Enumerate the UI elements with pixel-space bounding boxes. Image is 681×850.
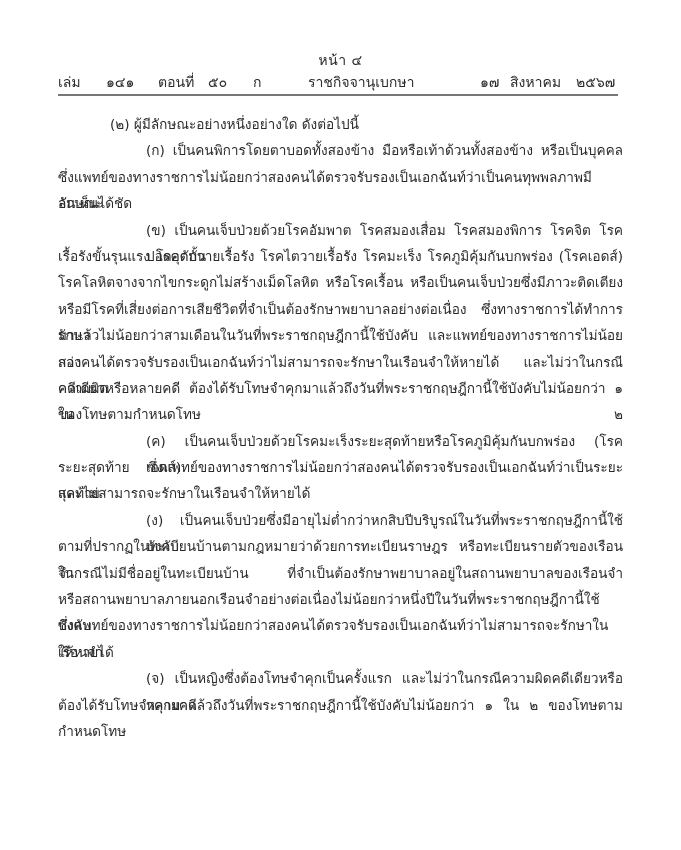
clause-d-line: ให้หายได้ — [58, 640, 623, 666]
clause-c-line: ระยะสุดท้าย ซึ่งแพทย์ของทางราชการไม่น้อย… — [58, 455, 623, 481]
clause-d-line: ซึ่งแพทย์ของทางราชการไม่น้อยกว่าสองคนได้… — [58, 613, 623, 639]
clause-a-line: อันเห็นได้ชัด — [58, 191, 623, 217]
clause-b-line: สองคนได้ตรวจรับรองเป็นเอกฉันท์ว่าไม่สามา… — [58, 350, 623, 376]
gazette-header: เล่ม ๑๔๑ ตอนที่ ๕๐ ก ราชกิจจานุเบกษา ๑๗ … — [58, 72, 618, 94]
volume-label: เล่ม — [58, 72, 81, 94]
clause-b-line: เรื้อรังขั้นรุนแรง โรคตับวายเรื้อรัง โรค… — [58, 244, 623, 270]
clause-b-line: มาแล้วไม่น้อยกว่าสามเดือนในวันที่พระราชก… — [58, 323, 623, 349]
section-number: ๕๐ — [208, 72, 227, 94]
clause-d-line: ในกรณีไม่มีชื่ออยู่ในทะเบียนบ้าน ที่จำเป… — [58, 561, 623, 587]
date-year: ๒๕๖๗ — [576, 72, 615, 94]
clause-2-heading: (๒) ผู้มีลักษณะอย่างหนึ่งอย่างใด ดังต่อไ… — [58, 112, 623, 138]
page-number: หน้า ๔ — [0, 50, 681, 72]
clause-e-line: ต้องได้รับโทษจำคุกมาแล้วถึงวันที่พระราชก… — [58, 693, 623, 719]
date-month: สิงหาคม — [510, 72, 561, 94]
clause-a-line: ซึ่งแพทย์ของทางราชการไม่น้อยกว่าสองคนได้… — [58, 165, 623, 191]
section-label: ตอนที่ — [158, 72, 194, 94]
clause-a-line: (ก) เป็นคนพิการโดยตาบอดทั้งสองข้าง มือหร… — [58, 138, 623, 164]
clause-e-line: (จ) เป็นหญิงซึ่งต้องโทษจำคุกเป็นครั้งแรก… — [58, 666, 623, 692]
clause-b-line: โรคโลหิตจางจากไขกระดูกไม่สร้างเม็ดโลหิต … — [58, 270, 623, 296]
clause-d-line: หรือสถานพยาบาลภายนอกเรือนจำอย่างต่อเนื่อ… — [58, 587, 623, 613]
clause-b-line: (ข) เป็นคนเจ็บป่วยด้วยโรคอัมพาต โรคสมองเ… — [58, 218, 623, 244]
clause-c-line: (ค) เป็นคนเจ็บป่วยด้วยโรคมะเร็งระยะสุดท้… — [58, 429, 623, 455]
publication-name: ราชกิจจานุเบกษา — [308, 72, 414, 94]
date-day: ๑๗ — [480, 72, 499, 94]
clause-b-line: หรือมีโรคที่เสี่ยงต่อการเสียชีวิตที่จำเป… — [58, 297, 623, 323]
clause-c-line: และไม่สามารถจะรักษาในเรือนจำให้หายได้ — [58, 481, 623, 507]
clause-b-line: คดีเดียวหรือหลายคดี ต้องได้รับโทษจำคุกมา… — [58, 376, 623, 402]
document-body: (๒) ผู้มีลักษณะอย่างหนึ่งอย่างใด ดังต่อไ… — [58, 112, 623, 719]
volume-number: ๑๔๑ — [106, 72, 134, 94]
clause-d-line: (ง) เป็นคนเจ็บป่วยซึ่งมีอายุไม่ต่ำกว่าหก… — [58, 508, 623, 534]
header-divider — [58, 94, 618, 96]
section-letter: ก — [253, 72, 261, 94]
clause-d-line: ตามที่ปรากฏในทะเบียนบ้านตามกฎหมายว่าด้วย… — [58, 534, 623, 560]
